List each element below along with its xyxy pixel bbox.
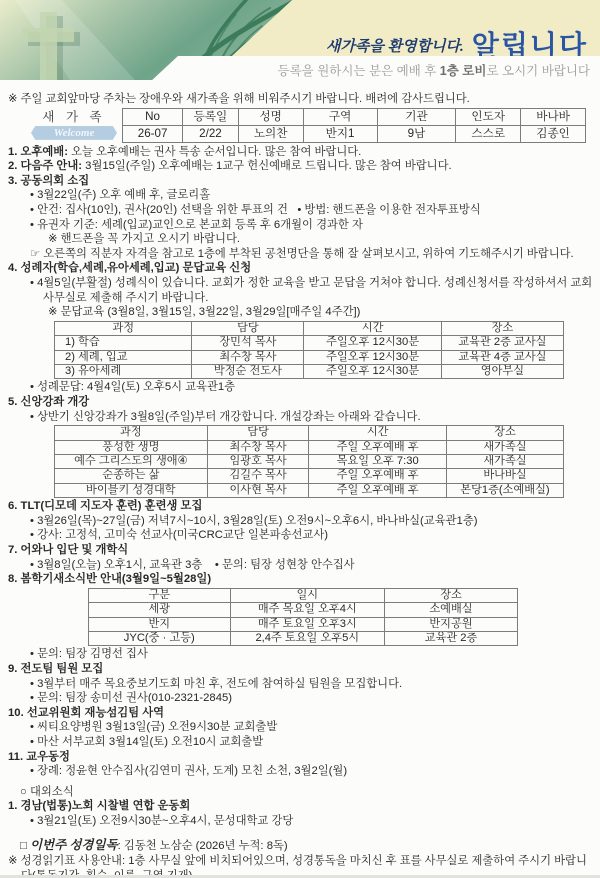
- new-family-block: 새 가 족 Welcome No 등록일 성명 구역 기관 인도자 바나바 26…: [26, 108, 586, 143]
- external-news-heading: ○ 대외소식: [20, 785, 594, 800]
- item-4-note: ※ 문답교육 (3월8일, 3월15일, 3월22일, 3월29일[매주일 4주…: [48, 305, 594, 320]
- list-item: • 유권자 기준: 세례(입교)교인으로 본교회 등록 후 6개월이 경과한 자: [30, 218, 594, 233]
- newcomer-class-table: 구분 일시 장소 세광 매주 목요일 오후4시 소예배실 반지 매주 토요일 오…: [88, 588, 518, 647]
- list-item: • 3월21일(토) 오전9시30분~오후4시, 문성대학교 강당: [30, 814, 594, 829]
- list-item: • 장례: 정윤현 안수집사(김연미 권사, 도계) 모친 소천, 3월2일(월…: [30, 764, 594, 779]
- list-item: • 강사: 고정석, 고미숙 선교사(미국CRC교단 일본파송선교사): [30, 528, 594, 543]
- item-3-title: 3. 공동의회 소집: [8, 174, 594, 189]
- item-3-note: ※ 핸드폰을 꼭 가지고 오시기 바랍니다.: [48, 232, 594, 247]
- item-2: 2. 다음주 안내: 3월15일(주일) 오후예배는 1교구 헌신예배로 드립니…: [8, 159, 594, 174]
- item-10-title: 10. 선교위원회 재능섬김팀 사역: [8, 706, 594, 721]
- list-item: • 안건: 집사(10인), 권사(20인) 선택을 위한 투표의 건 • 방법…: [30, 203, 594, 218]
- new-family-table: No 등록일 성명 구역 기관 인도자 바나바 26-07 2/22 노의찬 반…: [122, 108, 586, 143]
- table-row: 3) 유아세례 박정순 전도사 주일오후 12시30분 영아부실: [55, 364, 564, 378]
- bulletin-header: 새가족을 환영합니다.알립니다 등록을 원하시는 분은 예배 후 1층 로비로 …: [0, 0, 600, 88]
- table-header-row: 과정 담당 시간 장소: [55, 321, 564, 335]
- list-item: • 씨티요양병원 3월13일(금) 오전9시30분 교회출발: [30, 720, 594, 735]
- table-row: JYC(중 · 고등) 2,4주 토요일 오후5시 교육관 2층: [89, 631, 518, 645]
- table-header-row: 과정 담당 시간 장소: [55, 426, 564, 440]
- table-row: 반지 매주 토요일 오후3시 반지공원: [89, 617, 518, 631]
- list-item: • 상반기 신앙강좌가 3월8일(주일)부터 개강합니다. 개설강좌는 아래와 …: [30, 410, 594, 425]
- list-item: • 4월5일(부활절) 성례식이 있습니다. 교회가 정한 교육을 받고 문답을…: [30, 276, 594, 305]
- bulletin-page: { "colors": { "title_blue": "#2a55a5", "…: [0, 0, 600, 878]
- external-news-title: 1. 경남(법통)노회 시찰별 연합 운동회: [8, 799, 594, 814]
- item-7-title: 7. 어와나 입단 및 개학식: [8, 543, 594, 558]
- faith-course-table: 과정 담당 시간 장소 풍성한 생명 최수창 목사 주일 오후예배 후 새가족실…: [54, 425, 564, 498]
- table-row: 예수 그리스도의 생애④ 임광호 목사 목요일 오후 7:30 새가족실: [55, 454, 564, 468]
- item-3-pointer: ☞ 오른쪽의 직분자 자격을 참고로 1층에 부착된 공천명단을 통해 잘 살펴…: [30, 247, 594, 262]
- list-item: • 3월8일(오늘) 오후1시, 교육관 3층 • 문의: 팀장 성현창 안수집…: [30, 558, 594, 573]
- item-11-title: 11. 교우동정: [8, 750, 594, 765]
- list-item: • 성례문답: 4월4일(토) 오후5시 교육관1층: [30, 380, 594, 395]
- table-row: 2) 세례, 입교 최수창 목사 주일오후 12시30분 교육관 4층 교사실: [55, 350, 564, 364]
- table-row: 26-07 2/22 노의찬 반지1 9남 스스로 김종인: [123, 125, 586, 142]
- table-header-row: 구분 일시 장소: [89, 588, 518, 602]
- catechism-schedule-table: 과정 담당 시간 장소 1) 학습 장민석 목사 주일오후 12시30분 교육관…: [54, 321, 564, 380]
- table-row: 1) 학습 장민석 목사 주일오후 12시30분 교육관 2층 교사실: [55, 336, 564, 350]
- item-5-title: 5. 신앙강좌 개강: [8, 395, 594, 410]
- list-item: • 문의: 팀장 김명선 집사: [30, 647, 594, 662]
- item-6-title: 6. TLT(디모데 지도자 훈련) 훈련생 모집: [8, 499, 594, 514]
- table-header-row: No 등록일 성명 구역 기관 인도자 바나바: [123, 108, 586, 125]
- item-9-title: 9. 전도팀 팀원 모집: [8, 662, 594, 677]
- table-row: 바이블키 성경대학 이사현 목사 주일 오후예배 후 본당1층(소예배실): [55, 483, 564, 497]
- item-1: 1. 오후예배: 오늘 오후예배는 권사 특송 순서입니다. 많은 참여 바랍니…: [8, 145, 594, 160]
- list-item: • 3월26일(목)~27일(금) 저녁7시~10시, 3월28일(토) 오전9…: [30, 514, 594, 529]
- item-8-title: 8. 봄학기새소식반 안내(3월9일~5월28일): [8, 572, 594, 587]
- bulletin-body: ※ 주일 교회앞마당 주차는 장애우와 새가족을 위해 비워주시기 바랍니다. …: [0, 88, 600, 878]
- list-item: • 마산 서부교회 3월14일(토) 오전10시 교회출발: [30, 735, 594, 750]
- table-row: 순종하는 삶 김길수 목사 주일 오후예배 후 바나바실: [55, 469, 564, 483]
- table-row: 풍성한 생명 최수창 목사 주일 오후예배 후 새가족실: [55, 440, 564, 454]
- parking-notice: ※ 주일 교회앞마당 주차는 장애우와 새가족을 위해 비워주시기 바랍니다. …: [8, 92, 594, 107]
- list-item: • 문의: 팀장 송미선 권사(010-2321-2845): [30, 691, 594, 706]
- welcome-ribbon: Welcome: [31, 126, 117, 140]
- bible-reading-title: 이번주 성경일독: [30, 838, 118, 852]
- table-row: 세광 매주 목요일 오후4시 소예배실: [89, 603, 518, 617]
- new-family-label: 새 가 족 Welcome: [26, 110, 122, 140]
- bible-reading-line: □ 이번주 성경일독: 김동천 노삼순 (2026년 누적: 8독): [20, 838, 594, 854]
- list-item: • 3월부터 매주 목요중보기도회 마친 후, 전도에 참여하실 팀원을 모집합…: [30, 677, 594, 692]
- list-item: • 3월22일(주) 오후 예배 후, 글로리홀: [30, 188, 594, 203]
- welcome-script-text: 새가족을 환영합니다.: [326, 39, 464, 55]
- register-notice: 등록을 원하시는 분은 예배 후 1층 로비로 오시기 바랍니다: [150, 56, 600, 82]
- item-4-title: 4. 성례자(학습,세례,유아세례,입교) 문답교육 신청: [8, 261, 594, 276]
